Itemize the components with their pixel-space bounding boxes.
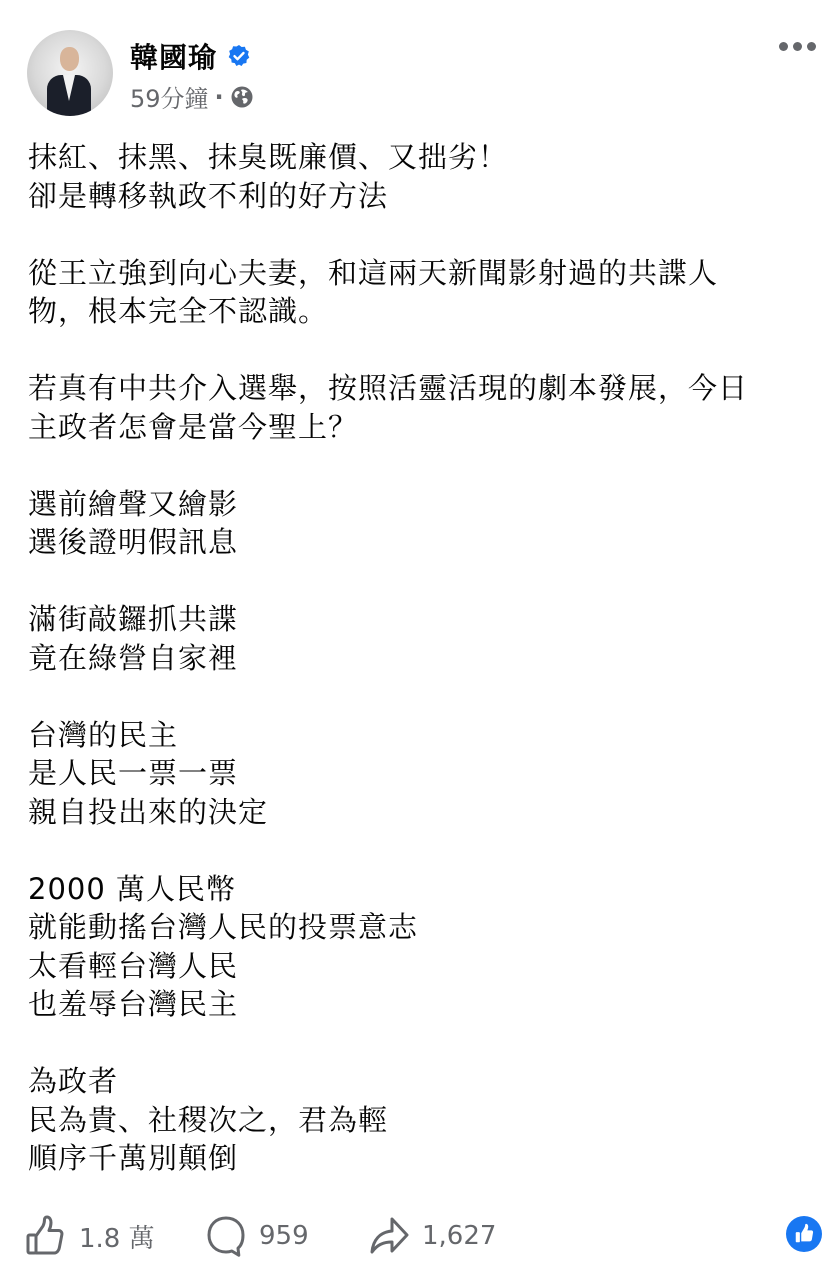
text-line: 選前繪聲又繪影: [28, 485, 818, 524]
like-button[interactable]: 1.8 萬: [25, 1215, 155, 1257]
more-dot-icon: [807, 42, 816, 51]
text-line: 親自投出來的決定: [28, 793, 818, 832]
text-line: 台灣的民主: [28, 716, 818, 755]
comment-button[interactable]: 959: [205, 1215, 309, 1257]
text-line: 滿街敲鑼抓共諜: [28, 600, 818, 639]
text-line: 竟在綠營自家裡: [28, 639, 818, 678]
text-line: 從王立強到向心夫妻，和這兩天新聞影射過的共諜人: [28, 254, 818, 293]
thumbs-up-icon: [25, 1215, 67, 1257]
globe-icon: [230, 85, 254, 109]
text-line: 太看輕台灣人民: [28, 947, 818, 986]
text-line: 卻是轉移執政不利的好方法: [28, 177, 818, 216]
paragraph: 滿街敲鑼抓共諜 竟在綠營自家裡: [28, 600, 818, 677]
post-body: 抹紅、抹黑、抹臭既廉價、又拙劣！ 卻是轉移執政不利的好方法 從王立強到向心夫妻，…: [28, 138, 818, 1216]
comment-count: 959: [259, 1221, 309, 1251]
author-row: 韓國瑜: [130, 36, 251, 76]
post-header: 韓國瑜 59分鐘 ·: [0, 0, 836, 125]
paragraph: 台灣的民主 是人民一票一票 親自投出來的決定: [28, 716, 818, 832]
like-count: 1.8 萬: [79, 1218, 155, 1255]
avatar[interactable]: [27, 30, 113, 116]
paragraph: 選前繪聲又繪影 選後證明假訊息: [28, 485, 818, 562]
paragraph: 為政者 民為貴、社稷次之，君為輕 順序千萬別顛倒: [28, 1062, 818, 1178]
text-line: 民為貴、社稷次之，君為輕: [28, 1101, 818, 1140]
text-line: 就能動搖台灣人民的投票意志: [28, 908, 818, 947]
more-dot-icon: [779, 42, 788, 51]
text-line: 2000 萬人民幣: [28, 870, 818, 909]
text-line: 若真有中共介入選舉，按照活靈活現的劇本發展，今日: [28, 369, 818, 408]
text-line: 為政者: [28, 1062, 818, 1101]
text-line: 順序千萬別顛倒: [28, 1139, 818, 1178]
action-bar: 1.8 萬 959 1,627: [0, 1212, 836, 1260]
verified-badge-icon: [227, 44, 251, 68]
paragraph: 抹紅、抹黑、抹臭既廉價、又拙劣！ 卻是轉移執政不利的好方法: [28, 138, 818, 215]
text-line: 抹紅、抹黑、抹臭既廉價、又拙劣！: [28, 138, 818, 177]
share-button[interactable]: 1,627: [368, 1215, 496, 1257]
comment-bubble-icon: [205, 1215, 247, 1257]
share-arrow-icon: [368, 1215, 410, 1257]
author-name[interactable]: 韓國瑜: [130, 36, 217, 76]
text-line: 選後證明假訊息: [28, 523, 818, 562]
text-line: 也羞辱台灣民主: [28, 985, 818, 1024]
text-line: 是人民一票一票: [28, 754, 818, 793]
text-line: 主政者怎會是當今聖上？: [28, 408, 818, 447]
paragraph: 從王立強到向心夫妻，和這兩天新聞影射過的共諜人 物，根本完全不認識。: [28, 254, 818, 331]
like-reaction-badge[interactable]: [786, 1216, 822, 1252]
like-reaction-icon: [793, 1223, 815, 1245]
share-count: 1,627: [422, 1221, 496, 1251]
meta-separator: ·: [215, 83, 224, 111]
post-time[interactable]: 59分鐘: [130, 79, 209, 114]
post-meta: 59分鐘 ·: [130, 79, 254, 114]
text-line: 物，根本完全不認識。: [28, 292, 818, 331]
more-dot-icon: [793, 42, 802, 51]
more-options-button[interactable]: [779, 42, 816, 51]
paragraph: 2000 萬人民幣 就能動搖台灣人民的投票意志 太看輕台灣人民 也羞辱台灣民主: [28, 870, 818, 1024]
avatar-figure-head: [60, 47, 79, 71]
paragraph: 若真有中共介入選舉，按照活靈活現的劇本發展，今日 主政者怎會是當今聖上？: [28, 369, 818, 446]
